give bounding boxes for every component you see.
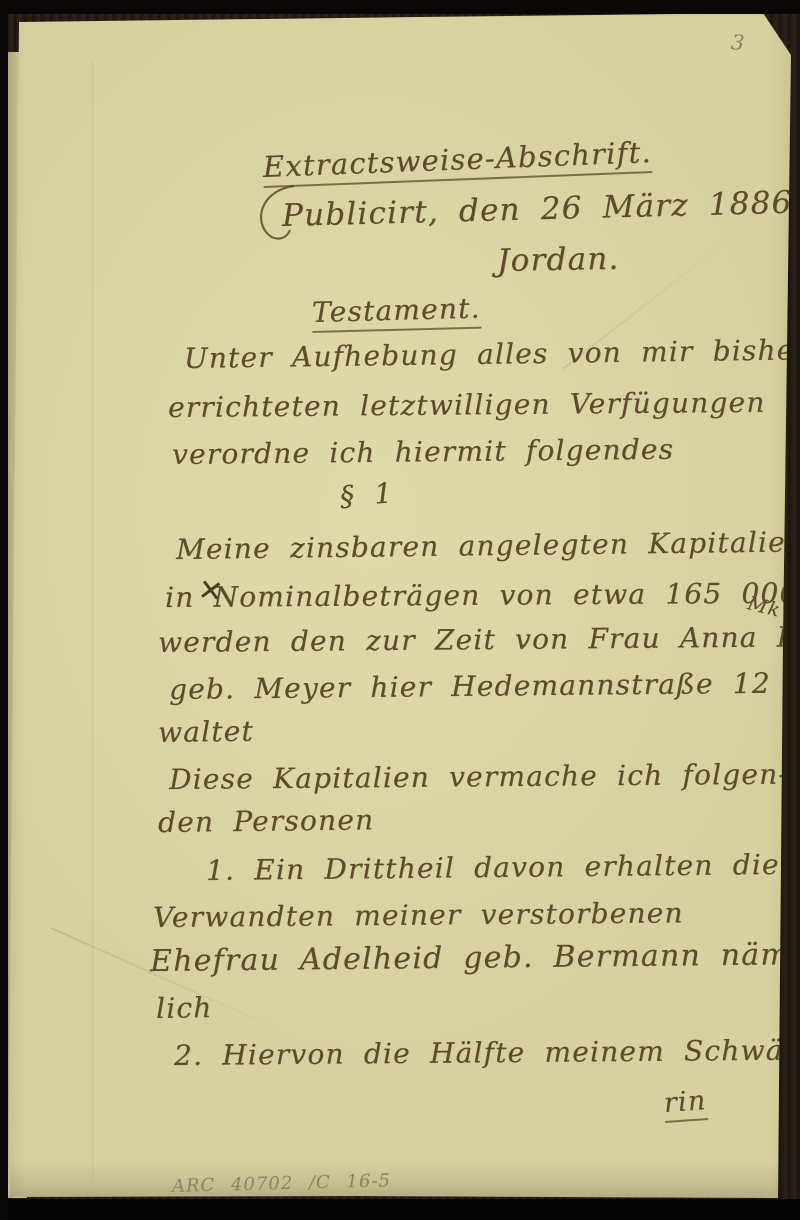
scanned-manuscript-page: 3 Extractsweise-Abschrift. Publicirt, de… [0, 0, 800, 1220]
manuscript-line: 1. Ein Drittheil davon erhalten die [206, 848, 780, 887]
manuscript-line: Meine zinsbaren angelegten Kapitalien [176, 525, 800, 566]
manuscript-line: Unter Aufhebung alles von mir bisher [184, 333, 800, 375]
manuscript-line: werden den zur Zeit von Frau Anna Bender [158, 620, 800, 659]
manuscript-line: den Personen [158, 803, 375, 839]
document-header: Extractsweise-Abschrift. [262, 135, 652, 188]
scan-border-bottom [0, 1199, 800, 1220]
manuscript-line: Verwandten meiner verstorbenen [153, 896, 684, 934]
paper-crease [92, 60, 95, 1180]
manuscript-line: in Nominalbeträgen von etwa 165 000 [165, 577, 799, 614]
catchword: rin [663, 1085, 708, 1123]
manuscript-line: errichteten letztwilligen Verfügungen [168, 386, 766, 424]
manuscript-line: Ehefrau Adelheid geb. Bermann näm- [150, 937, 800, 979]
signature: Jordan. [497, 241, 620, 279]
paper-shadow [10, 1160, 780, 1198]
manuscript-line: Diese Kapitalien vermache ich folgen- [169, 758, 789, 796]
manuscript-line: geb. Meyer hier Hedemannstraße 12 ver- [169, 666, 800, 706]
manuscript-line: waltet [158, 715, 254, 749]
manuscript-line: 2. Hiervon die Hälfte meinem Schwäge- [174, 1033, 800, 1072]
section-mark: § 1 [339, 476, 395, 513]
manuscript-line: verordne ich hiermit folgendes [172, 433, 675, 471]
ink-correction-cross: ✕ [196, 572, 226, 610]
publication-line: Publicirt, den 26 März 1886 [282, 185, 793, 234]
scan-border-left [0, 0, 8, 1220]
scan-border-top [0, 0, 800, 14]
manuscript-line: lich [156, 991, 213, 1025]
document-title: Testament. [312, 292, 482, 333]
page-number: 3 [730, 30, 747, 55]
paper-sheet: 3 Extractsweise-Abschrift. Publicirt, de… [0, 0, 800, 1220]
